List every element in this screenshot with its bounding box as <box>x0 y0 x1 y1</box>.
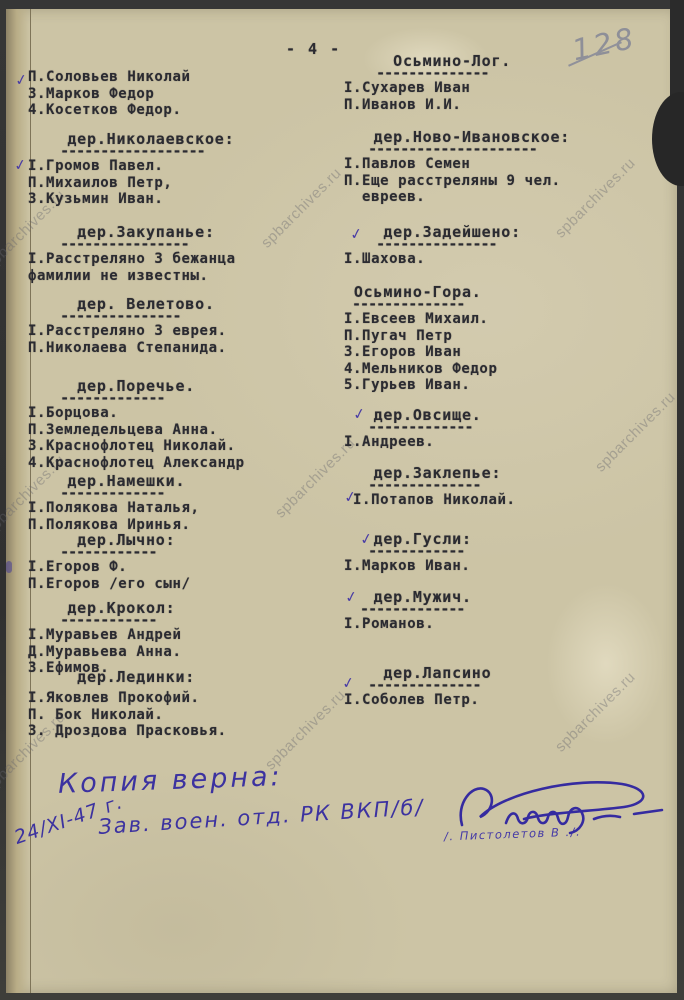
document-page: spbarchives.ruspbarchives.ruspbarchives.… <box>6 9 677 993</box>
ink-speck <box>6 561 12 573</box>
entry-line: I.Полякова Наталья, <box>28 500 200 517</box>
typed-page-number: - 4 - <box>286 40 341 58</box>
entry-line: 4.Косетков Федор. <box>28 102 191 119</box>
entry-line: 5.Гурьев Иван. <box>344 377 498 394</box>
village-section: дер.Мужич. -------------I.Романов. <box>344 589 472 633</box>
entry-line: I.Потапов Николай. <box>344 492 516 509</box>
entry-line: П. Бок Николай. <box>28 707 227 724</box>
section-rule: --------------- <box>344 239 521 249</box>
signature-scribble <box>454 773 666 849</box>
village-section: дер.Поречье. -------------I.Борцова.П.Зе… <box>28 378 245 471</box>
entry-line: П.Еще расстреляны 9 чел. <box>344 173 570 190</box>
entry-line: I.Марков Иван. <box>344 558 472 575</box>
village-section: дер.Задейшено: ---------------I.Шахова. <box>344 224 521 268</box>
entry-line: I.Евсеев Михаил. <box>344 311 498 328</box>
section-rule: ------------- <box>344 422 482 432</box>
entry-line: З. Дроздова Прасковья. <box>28 723 227 740</box>
section-rule: --------------- <box>28 311 227 321</box>
entry-line: З.Кузьмин Иван. <box>28 191 234 208</box>
entry-line: З.Марков Федор <box>28 86 191 103</box>
entry-line: I.Борцова. <box>28 405 245 422</box>
village-section: дер.Лединки:I.Яковлев Прокофий.П. Бок Ни… <box>28 669 227 740</box>
village-section: дер. Велетово. ---------------I.Расстрел… <box>28 296 227 356</box>
entry-line: I.Павлов Семен <box>344 156 570 173</box>
entry-line: I.Расстреляно 3 бежанца <box>28 251 236 268</box>
entry-line: П.Николаева Степанида. <box>28 340 227 357</box>
handwritten-signer-title: Зав. воен. отд. РК ВКП/б/ <box>98 795 426 839</box>
entry-line: П.Земледельцева Анна. <box>28 422 245 439</box>
section-rule: ------------------ <box>28 146 234 156</box>
handwritten-certification: Копия верна: <box>58 761 284 800</box>
entry-line: П.Егоров /его сын/ <box>28 576 191 593</box>
village-section: дер.Закупанье: ----------------I.Расстре… <box>28 224 236 284</box>
entry-line: П.Пугач Петр <box>344 328 498 345</box>
entry-line: евреев. <box>344 189 570 206</box>
section-rule: ------------ <box>28 615 182 625</box>
archive-watermark: spbarchives.ru <box>258 165 345 252</box>
village-section: Осьмино-Гора. --------------I.Евсеев Мих… <box>344 284 498 394</box>
entry-line: 4.Краснофлотец Александр <box>28 455 245 472</box>
village-section: дер.Ново-Ивановское: -------------------… <box>344 129 570 206</box>
entry-line: I.Расстреляно 3 еврея. <box>28 323 227 340</box>
section-rule: -------------- <box>344 480 516 490</box>
section-rule: ------------- <box>344 604 472 614</box>
entry-line: I.Муравьев Андрей <box>28 627 182 644</box>
scan-stage: spbarchives.ruspbarchives.ruspbarchives.… <box>0 0 684 1000</box>
village-section: П.Соловьев НиколайЗ.Марков Федор4.Косетк… <box>28 69 191 119</box>
archive-watermark: spbarchives.ru <box>552 669 639 756</box>
village-section: дер.Лычно: ------------I.Егоров Ф.П.Егор… <box>28 532 191 592</box>
entry-line: З.Егоров Иван <box>344 344 498 361</box>
section-rule: ---------------- <box>28 239 236 249</box>
section-rule: --------------------- <box>344 144 570 154</box>
section-rule: -------------- <box>344 68 511 78</box>
entry-line: I.Громов Павел. <box>28 158 234 175</box>
village-section: дер.Намешки. -------------I.Полякова Нат… <box>28 473 200 533</box>
section-rule: -------------- <box>344 299 498 309</box>
entry-line: Д.Муравьева Анна. <box>28 644 182 661</box>
entry-line: I.Соболев Петр. <box>344 692 491 709</box>
village-section: дер.Лапсино --------------I.Соболев Петр… <box>344 665 491 709</box>
section-header: дер.Лединки: <box>28 669 227 686</box>
entry-line: 4.Мельников Федор <box>344 361 498 378</box>
entry-line: П.Соловьев Николай <box>28 69 191 86</box>
entry-line: I.Егоров Ф. <box>28 559 191 576</box>
section-rule: ------------ <box>28 547 191 557</box>
entry-line: I.Сухарев Иван <box>344 80 511 97</box>
entry-line: фамилии не известны. <box>28 268 236 285</box>
village-section: дер.Крокол: ------------I.Муравьев Андре… <box>28 600 182 677</box>
section-rule: ------------- <box>28 488 200 498</box>
village-section: Осьмино-Лог. --------------I.Сухарев Ива… <box>344 53 511 113</box>
entry-line: I.Андреев. <box>344 434 482 451</box>
entry-line: П.Иванов И.И. <box>344 97 511 114</box>
archive-watermark: spbarchives.ru <box>592 389 679 476</box>
village-section: дер.Заклепье: -------------- I.Потапов Н… <box>344 465 516 509</box>
entry-line: З.Краснофлотец Николай. <box>28 438 245 455</box>
section-rule: ------------- <box>28 393 245 403</box>
entry-line: I.Шахова. <box>344 251 521 268</box>
entry-line: П.Михаилов Петр, <box>28 175 234 192</box>
entry-line: I.Романов. <box>344 616 472 633</box>
section-rule: -------------- <box>344 680 491 690</box>
village-section: дер.Николаевское: ------------------I.Гр… <box>28 131 234 208</box>
entry-line: I.Яковлев Прокофий. <box>28 690 227 707</box>
